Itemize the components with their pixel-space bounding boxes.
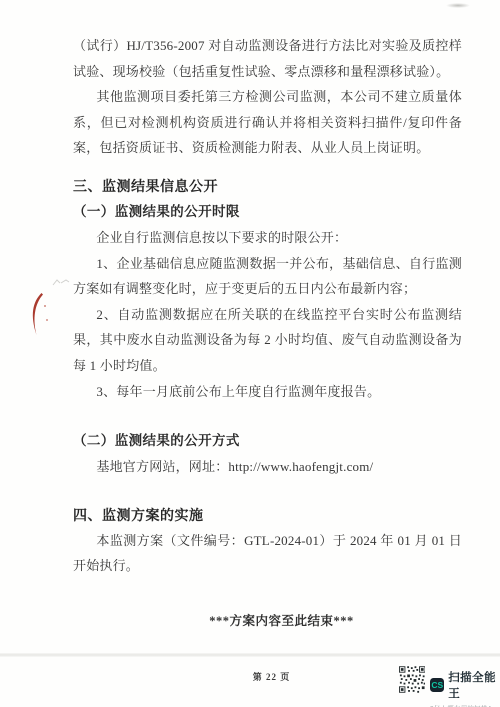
qr-code-icon <box>399 666 425 693</box>
scan-smudge <box>446 3 470 8</box>
end-of-plan-note: ***方案内容至此结束*** <box>73 609 462 635</box>
subsection-heading-3-1: （一）监测结果的公开时限 <box>73 199 462 225</box>
paragraph-website: 基地官方网站，网址：http://www.haofengjt.com/ <box>73 454 462 480</box>
paragraph-implementation: 本监测方案（文件编号：GTL-2024-01）于 2024 年 01 月 01 … <box>73 528 462 579</box>
paragraph-item-1: 1、企业基础信息应随监测数据一并公布，基础信息、自行监测方案如有调整变化时，应于… <box>73 251 462 302</box>
document-content: （试行）HJ/T356-2007 对自动监测设备进行方法比对实验及质控样试验、现… <box>73 33 462 690</box>
camscanner-logo-icon: CS <box>430 678 444 692</box>
camscanner-tagline: 3亿人都在用的扫描App <box>430 704 500 707</box>
paragraph-item-3: 3、每年一月底前公布上年度自行监测年度报告。 <box>73 379 462 405</box>
section-heading-3: 三、监测结果信息公开 <box>73 173 462 199</box>
pencil-squiggle-mark <box>52 279 70 287</box>
camscanner-app-name: 扫描全能王 <box>448 669 500 701</box>
subsection-heading-3-2: （二）监测结果的公开方式 <box>73 428 462 454</box>
section-heading-4: 四、监测方案的实施 <box>73 502 462 528</box>
paragraph-third-party: 其他监测项目委托第三方检测公司监测，本公司不建立质量体系，但已对检测机构资质进行… <box>73 84 462 161</box>
page-edge-shadow <box>0 653 500 657</box>
paragraph-disclosure-intro: 企业自行监测信息按以下要求的时限公开： <box>73 225 462 251</box>
red-pen-mark <box>24 289 54 341</box>
paragraph-item-2: 2、自动监测数据应在所关联的在线监控平台实时公布监测结果，其中废水自动监测设备为… <box>73 302 462 379</box>
scanned-document-page: （试行）HJ/T356-2007 对自动监测设备进行方法比对实验及质控样试验、现… <box>0 0 500 707</box>
paragraph-qc-tests: （试行）HJ/T356-2007 对自动监测设备进行方法比对实验及质控样试验、现… <box>73 33 462 84</box>
camscanner-branding: CS 扫描全能王 3亿人都在用的扫描App <box>430 666 500 707</box>
camscanner-watermark: CS 扫描全能王 3亿人都在用的扫描App <box>399 666 500 707</box>
